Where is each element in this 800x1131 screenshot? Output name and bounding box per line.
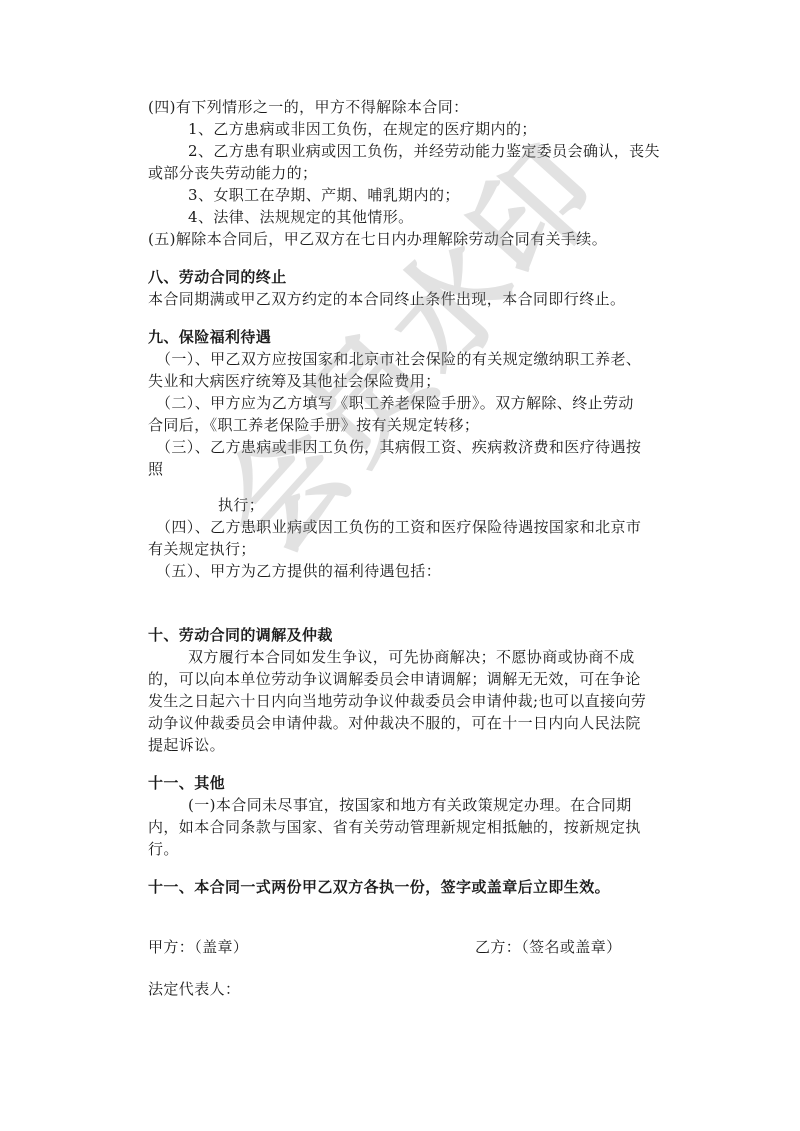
- clause-9-2-line2: 合同后，《职工养老保险手册》按有关规定转移；: [148, 414, 479, 436]
- clause-9-1-line1: （一）、甲乙双方应按国家和北京市社会保险的有关规定缴纳职工养老、: [156, 348, 641, 370]
- clause-7-4-sub4: 4、法律、法规规定的其他情形。: [188, 206, 414, 228]
- clause-9-3-line1: （三）、乙方患病或非因工负伤，其病假工资、疾病救济费和医疗待遇按: [156, 436, 641, 458]
- section-10-heading: 十、劳动合同的调解及仲裁: [148, 624, 333, 646]
- section-10-line2: 的，可以向本单位劳动争议调解委员会申请调解；调解无无效，可在争论: [148, 668, 641, 690]
- clause-7-4-sub3: 3、女职工在孕期、产期、哺乳期内的；: [188, 184, 460, 206]
- clause-9-5: （五）、甲方为乙方提供的福利待遇包括：: [156, 560, 441, 582]
- document-page: (四)有下列情形之一的，甲方不得解除本合同： 1、乙方患病或非因工负伤，在规定的…: [0, 0, 800, 1131]
- section-11-line1: (一)本合同未尽事宜，按国家和地方有关政策规定办理。在合同期: [188, 794, 632, 816]
- section-9-heading: 九、保险福利待遇: [148, 326, 271, 348]
- section-8-body: 本合同期满或甲乙双方约定的本合同终止条件出现，本合同即行终止。: [148, 288, 625, 310]
- section-11-line3: 行。: [148, 838, 179, 860]
- clause-7-4-sub2-line2: 或部分丧失劳动能力的；: [148, 162, 317, 184]
- clause-9-4-line2: 有关规定执行；: [148, 538, 256, 560]
- party-b-signature: 乙方：（签名或盖章）: [475, 936, 622, 958]
- clause-9-3-line2: 照: [148, 458, 163, 480]
- section-8-heading: 八、劳动合同的终止: [148, 266, 287, 288]
- clause-7-4-title: (四)有下列情形之一的，甲方不得解除本合同：: [148, 96, 469, 118]
- clause-9-3-line3: 执行；: [218, 494, 264, 516]
- section-10-line1: 双方履行本合同如发生争议，可先协商解决；不愿协商或协商不成: [188, 646, 635, 668]
- clause-9-1-line2: 失业和大病医疗统筹及其他社会保险费用；: [148, 370, 441, 392]
- final-clause: 十一、本合同一式两份甲乙双方各执一份，签字或盖章后立即生效。: [148, 876, 610, 898]
- clause-9-4-line1: （四）、乙方患职业病或因工负伤的工资和医疗保险待遇按国家和北京市: [156, 516, 641, 538]
- section-10-line3: 发生之日起六十日内向当地劳动争议仲裁委员会申请仲裁;也可以直接向劳: [148, 690, 646, 712]
- section-11-line2: 内，如本合同条款与国家、省有关劳动管理新规定相抵触的，按新规定执: [148, 816, 641, 838]
- clause-7-5: (五)解除本合同后，甲乙双方在七日内办理解除劳动合同有关手续。: [148, 228, 607, 250]
- section-10-line5: 提起诉讼。: [148, 734, 225, 756]
- section-10-line4: 动争议仲裁委员会申请仲裁。对仲裁决不服的，可在十一日内向人民法院: [148, 712, 641, 734]
- clause-9-2-line1: （二）、甲方应为乙方填写《职工养老保险手册》。双方解除、终止劳动: [156, 392, 634, 414]
- clause-7-4-sub1: 1、乙方患病或非因工负伤，在规定的医疗期内的；: [188, 118, 537, 140]
- legal-representative: 法定代表人：: [148, 978, 240, 1000]
- section-11-heading: 十一、其他: [148, 772, 225, 794]
- clause-7-4-sub2-line1: 2、乙方患有职业病或因工负伤，并经劳动能力鉴定委员会确认，丧失: [188, 140, 660, 162]
- party-a-signature: 甲方：（盖章）: [148, 936, 248, 958]
